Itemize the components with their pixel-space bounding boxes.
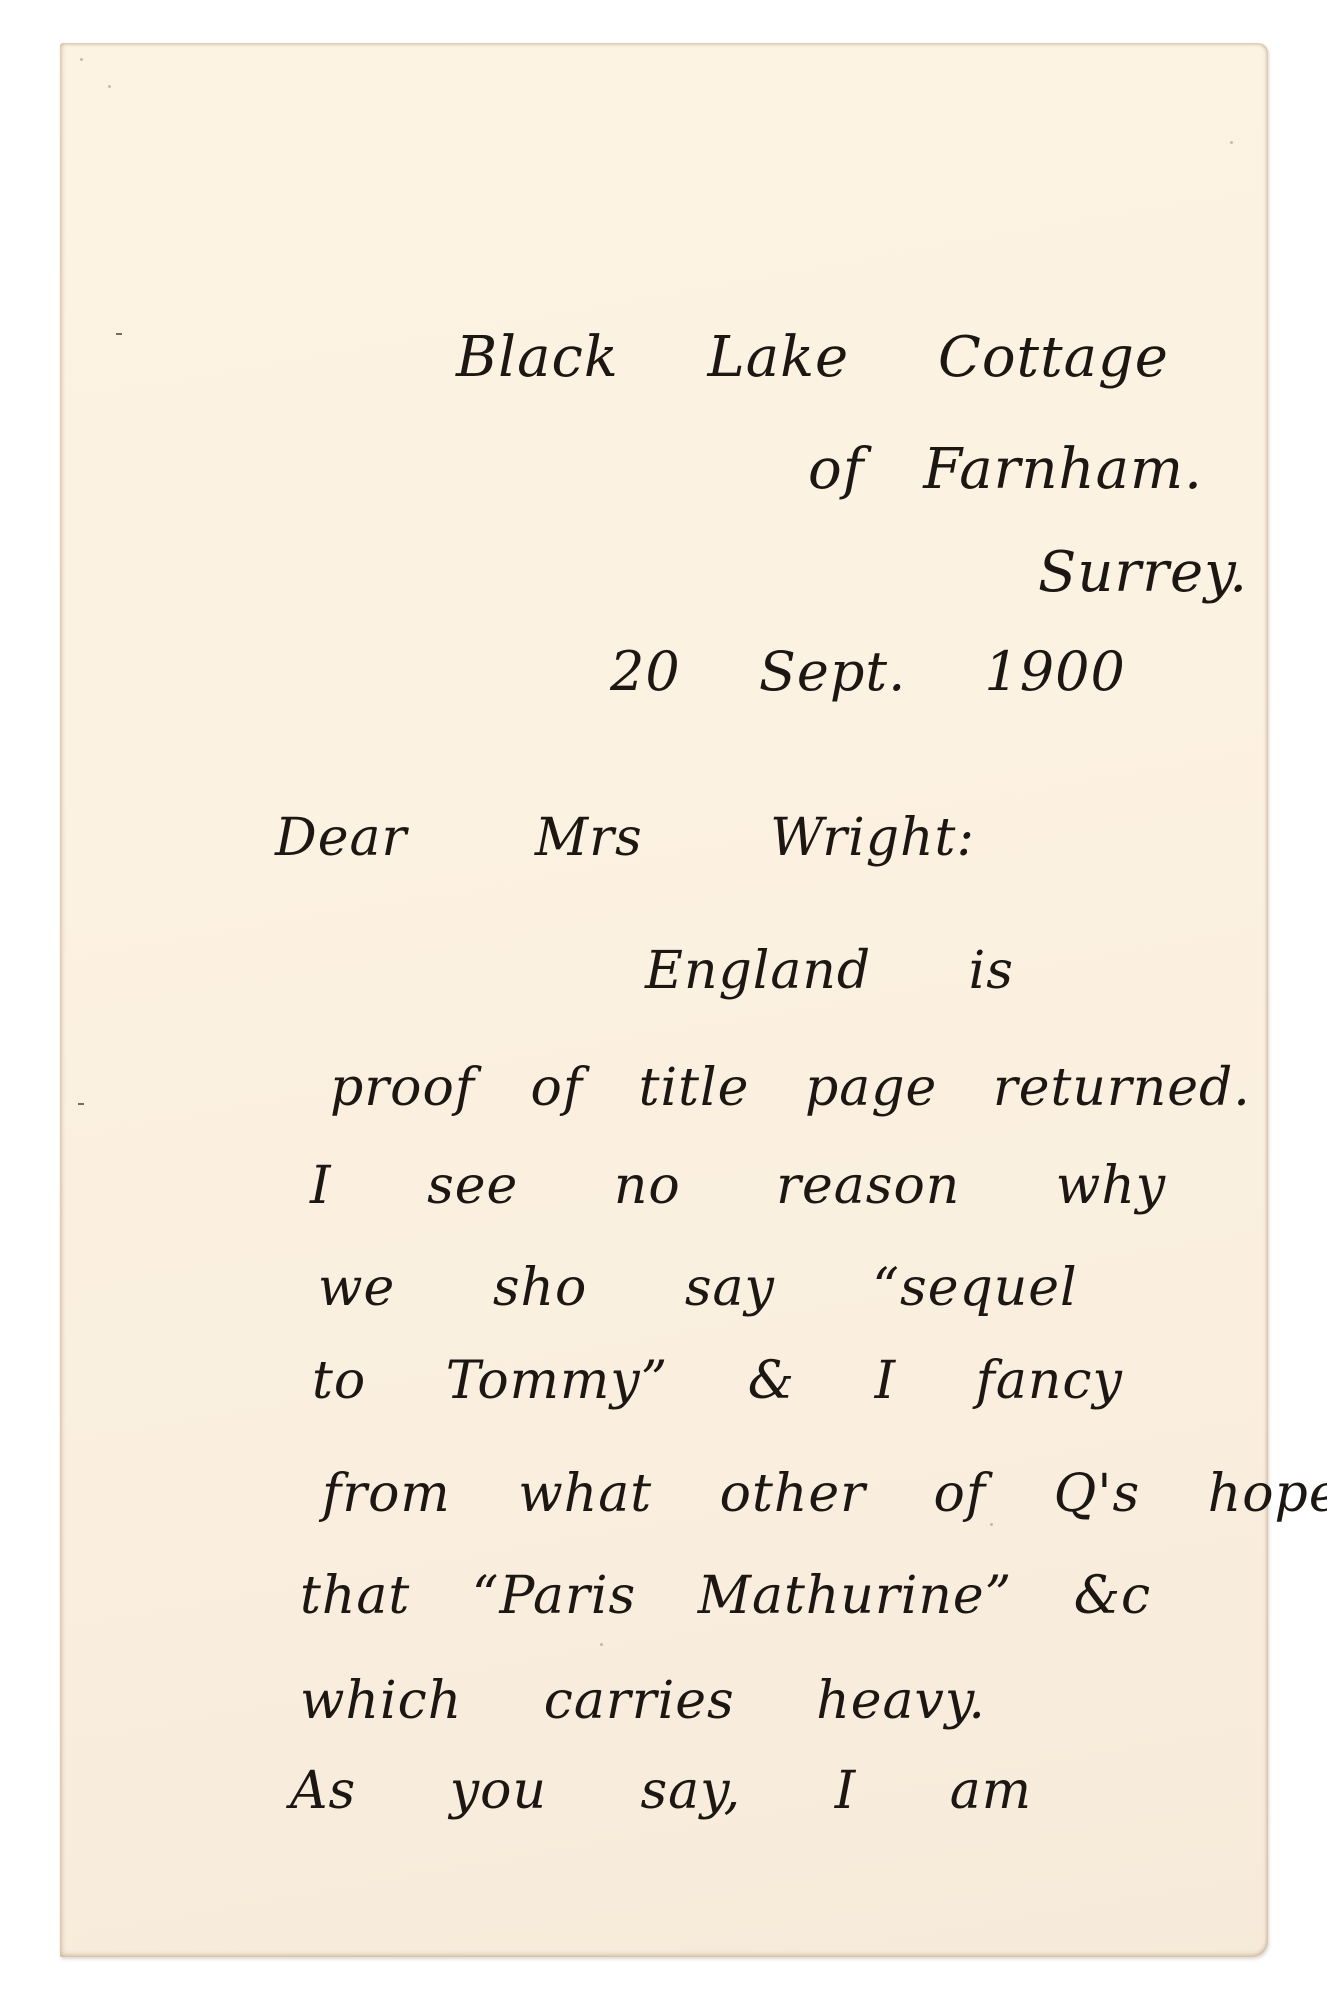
body-line-3: I see no reason why [310,1160,1166,1212]
body-line-6: from what other of Q's hope [322,1468,1327,1520]
margin-mark [78,1103,84,1105]
paper-speck [80,58,83,61]
body-line-2: proof of title page returned. [330,1062,1251,1114]
address-line-1: Black Lake Cottage [456,330,1169,386]
body-line-9: As you say, I am [290,1765,1032,1817]
address-line-3: Surrey. [1038,545,1248,601]
letter-date: 20 Sept. 1900 [610,645,1126,699]
body-line-7: that “Paris Mathurine” &c [300,1570,1151,1622]
body-line-1: England is [645,945,1014,997]
paper-speck [1230,141,1233,144]
address-line-2: of Farnham. [808,442,1203,498]
body-line-8: which carries heavy. [300,1675,986,1727]
margin-mark [116,333,122,335]
paper-speck [600,1643,603,1646]
salutation: Dear Mrs Wright: [275,812,975,864]
paper-speck [108,85,111,88]
body-line-5: to Tommy” & I fancy [312,1355,1123,1407]
body-line-4: we sho say “sequel [318,1262,1078,1314]
